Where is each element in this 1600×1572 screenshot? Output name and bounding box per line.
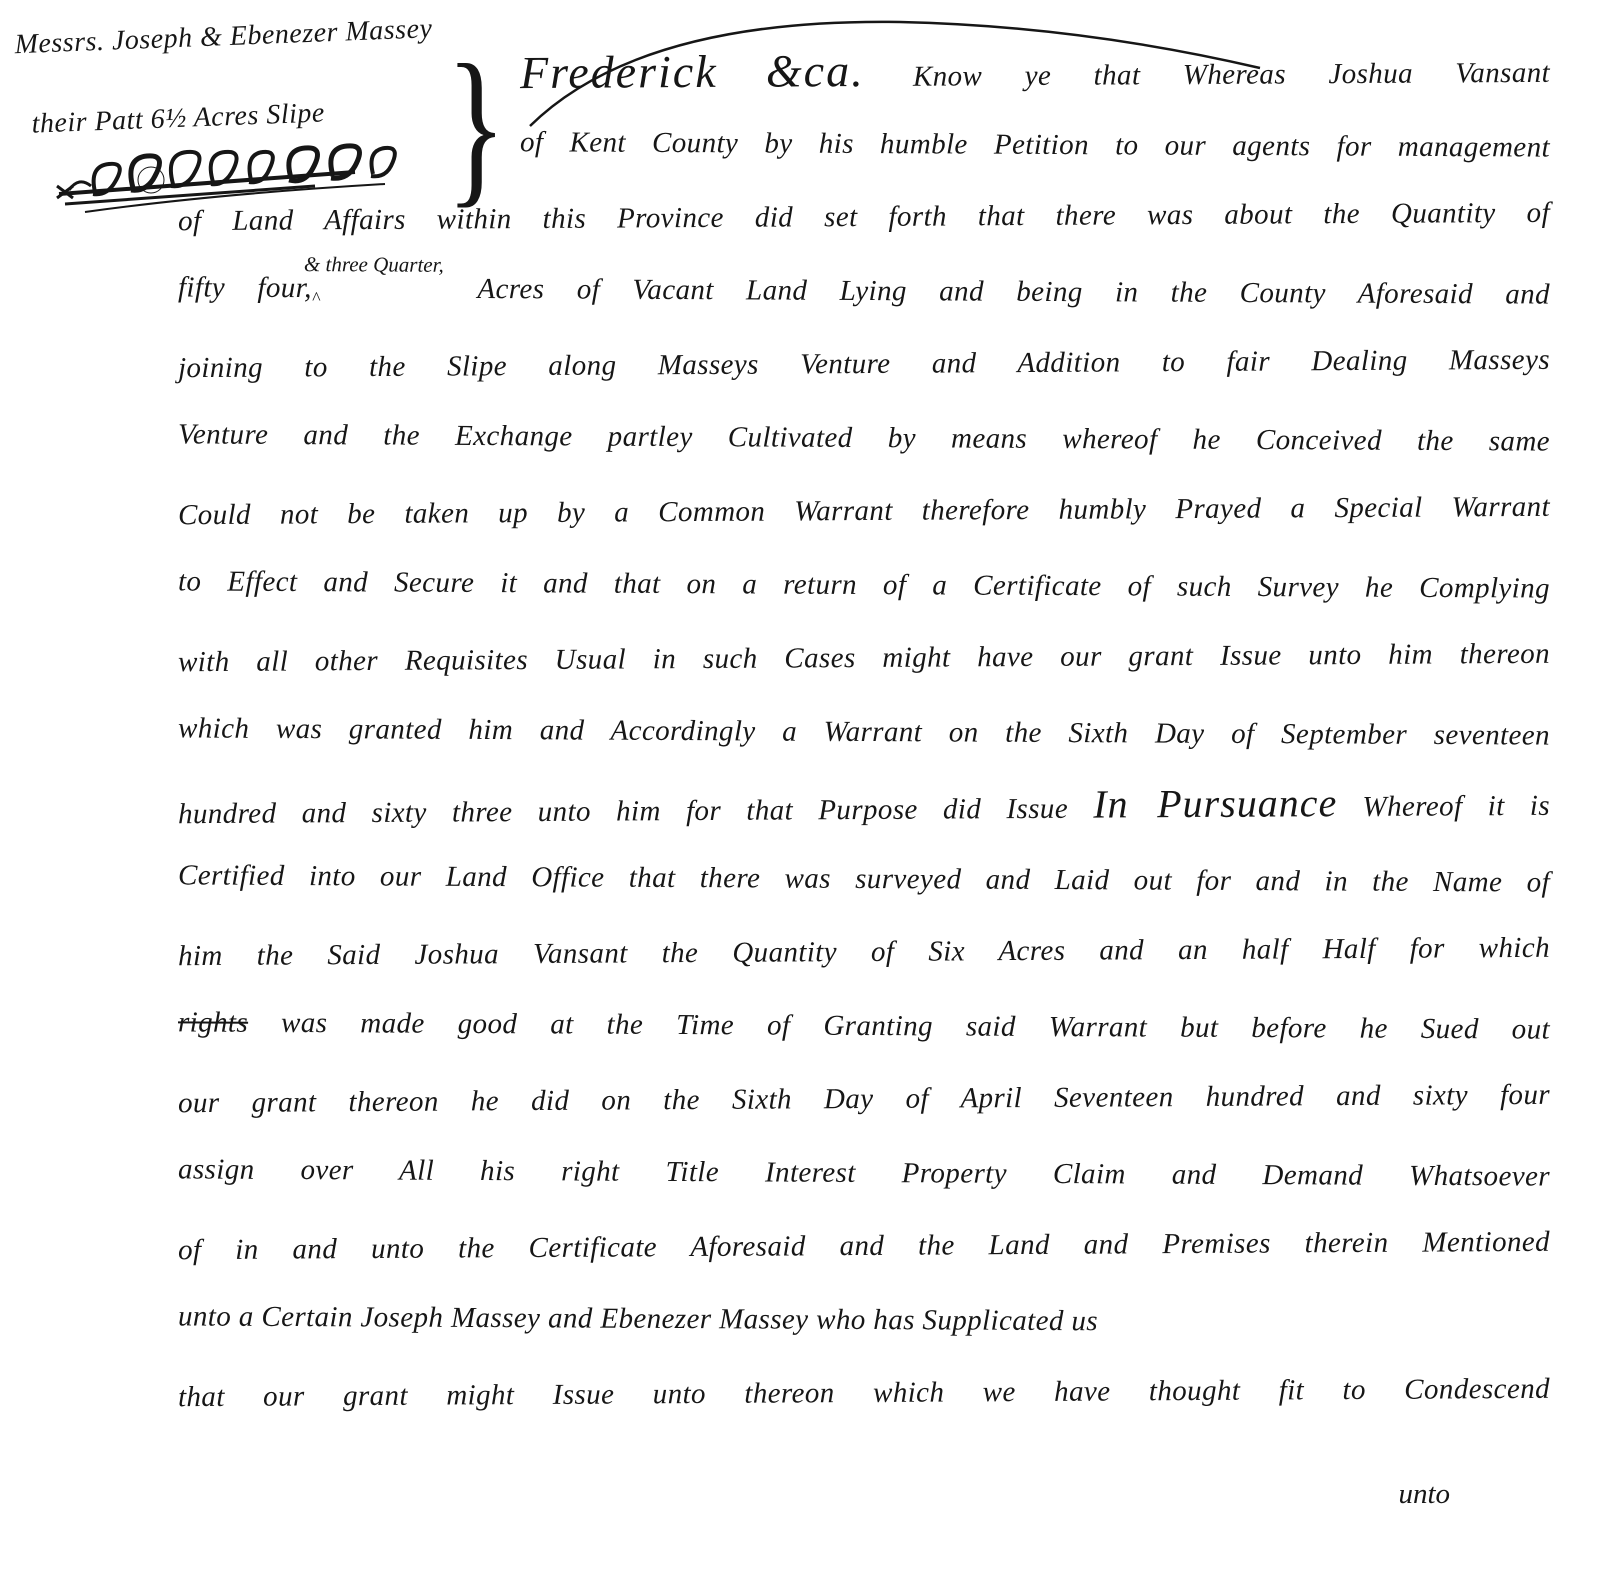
manuscript-line: of in and unto the Certificate Aforesaid… bbox=[178, 1206, 1550, 1288]
emphasis-in-pursuance: In Pursuance bbox=[1093, 780, 1337, 826]
manuscript-line: of Kent County by his humble Petition to… bbox=[178, 104, 1550, 185]
text-run: Could not be taken up by a Common Warran… bbox=[178, 491, 1550, 531]
text-run: of in and unto the Certificate Aforesaid… bbox=[178, 1226, 1550, 1266]
invocation-frederick: Frederick &ca. bbox=[520, 45, 913, 98]
text-run: our grant thereon he did on the Sixth Da… bbox=[178, 1079, 1550, 1119]
text-run: with all other Requisites Usual in such … bbox=[178, 638, 1550, 678]
struck-word: rights bbox=[178, 1006, 248, 1038]
text-run: unto a Certain Joseph Massey and Ebeneze… bbox=[178, 1300, 1098, 1337]
manuscript-line: Frederick &ca. Know ye that Whereas Josh… bbox=[178, 30, 1550, 112]
manuscript-line: to Effect and Secure it and that on a re… bbox=[178, 545, 1550, 626]
text-run: Venture and the Exchange partley Cultiva… bbox=[178, 418, 1550, 457]
text-run: of Kent County by his humble Petition to… bbox=[520, 126, 1550, 163]
interlinear-insertion: & three Quarter, bbox=[304, 228, 444, 302]
manuscript-line: our grant thereon he did on the Sixth Da… bbox=[178, 1059, 1550, 1141]
manuscript-line: which was granted him and Accordingly a … bbox=[178, 692, 1550, 773]
text-run: hundred and sixty three unto him for tha… bbox=[178, 793, 1093, 831]
manuscript-line: joining to the Slipe along Masseys Ventu… bbox=[178, 324, 1550, 406]
manuscript-line: assign over All his right Title Interest… bbox=[178, 1133, 1550, 1214]
text-run: Whereof it is bbox=[1337, 790, 1550, 823]
manuscript-line: Could not be taken up by a Common Warran… bbox=[178, 471, 1550, 553]
manuscript-body: Frederick &ca. Know ye that Whereas Josh… bbox=[178, 34, 1550, 1431]
text-run: fifty four, bbox=[178, 271, 312, 304]
manuscript-line: with all other Requisites Usual in such … bbox=[178, 618, 1550, 700]
manuscript-page: Messrs. Joseph & Ebenezer Massey their P… bbox=[0, 0, 1600, 1572]
manuscript-line: Venture and the Exchange partley Cultiva… bbox=[178, 398, 1550, 479]
manuscript-line: rights was made good at the Time of Gran… bbox=[178, 986, 1550, 1067]
text-run: Acres of Vacant Land Lying and being in … bbox=[446, 272, 1551, 310]
text-run: was made good at the Time of Granting sa… bbox=[248, 1006, 1550, 1045]
text-run: joining to the Slipe along Masseys Ventu… bbox=[178, 344, 1550, 384]
manuscript-line: fifty four,^& three Quarter, Acres of Va… bbox=[178, 251, 1550, 332]
catchword: unto bbox=[1398, 1478, 1450, 1511]
text-run: Certified into our Land Office that ther… bbox=[178, 859, 1550, 898]
text-run: that our grant might Issue unto thereon … bbox=[178, 1373, 1550, 1413]
text-run: which was granted him and Accordingly a … bbox=[178, 712, 1550, 751]
text-run: Know ye that Whereas Joshua Vansant bbox=[913, 57, 1550, 93]
text-run: to Effect and Secure it and that on a re… bbox=[178, 565, 1550, 604]
manuscript-line: him the Said Joshua Vansant the Quantity… bbox=[178, 912, 1550, 994]
manuscript-line: that our grant might Issue unto thereon … bbox=[178, 1353, 1550, 1435]
manuscript-line: unto a Certain Joseph Massey and Ebeneze… bbox=[178, 1280, 1550, 1361]
manuscript-line: Certified into our Land Office that ther… bbox=[178, 839, 1550, 920]
manuscript-line: hundred and sixty three unto him for tha… bbox=[178, 765, 1550, 847]
text-run: assign over All his right Title Interest… bbox=[178, 1153, 1550, 1192]
text-run: him the Said Joshua Vansant the Quantity… bbox=[178, 932, 1550, 972]
